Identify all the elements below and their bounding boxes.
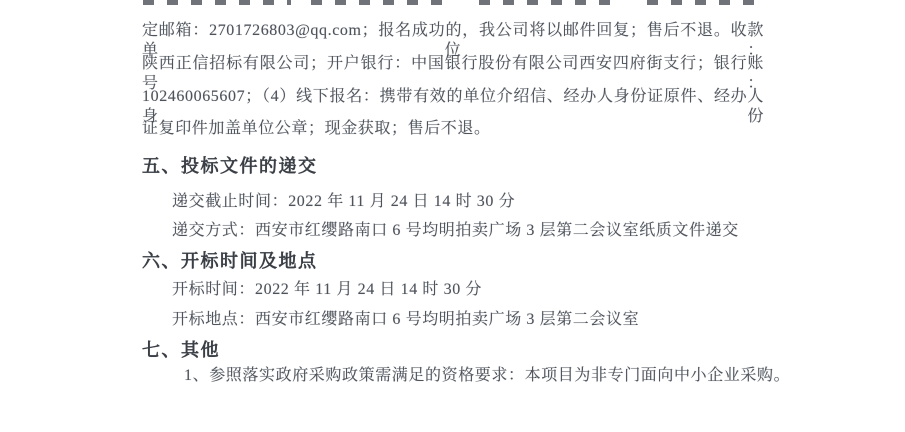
paragraph-line: 证复印件加盖单位公章；现金获取；售后不退。 [142,119,491,139]
clipped-text-line-top [143,0,755,5]
opening-time-line: 开标时间：2022 年 11 月 24 日 14 时 30 分 [172,280,482,300]
submission-deadline-line: 递交截止时间：2022 年 11 月 24 日 14 时 30 分 [172,192,515,212]
opening-location-line: 开标地点：西安市红缨路南口 6 号均明拍卖广场 3 层第二会议室 [172,310,639,330]
section-heading-bid-opening: 六、开标时间及地点 [142,250,318,272]
document-page: 定邮箱：2701726803@qq.com；报名成功的，我公司将以邮件回复；售后… [0,0,905,432]
policy-requirement-line: 1、参照落实政府采购政策需满足的资格要求：本项目为非专门面向中小企业采购。 [184,366,790,386]
submission-method-line: 递交方式：西安市红缨路南口 6 号均明拍卖广场 3 层第二会议室纸质文件递交 [172,221,739,241]
section-heading-other: 七、其他 [142,339,220,361]
section-heading-bid-submission: 五、投标文件的递交 [142,155,318,177]
